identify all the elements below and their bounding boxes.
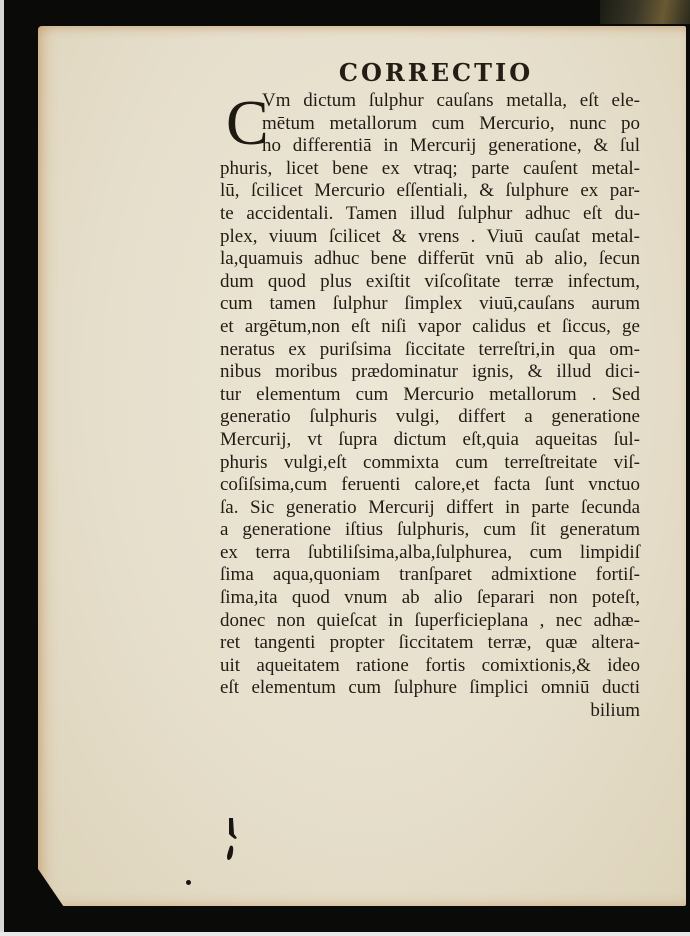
catchword: bilium (220, 700, 640, 723)
text-line: Mercurij, vt ſupra dictum eſt,quia aquei… (220, 429, 640, 452)
ink-blot-mark (226, 818, 238, 870)
text-line: no differentiā in Mercurij generatione, … (220, 135, 640, 158)
text-line: generatio ſulphuris vulgi, differt a gen… (220, 406, 640, 429)
text-line: neratus ex puriſsima ſiccitate terreſtri… (220, 339, 640, 362)
book-cover-edge-top (600, 0, 690, 24)
text-line: phuris vulgi,eſt commixta cum terreſtrei… (220, 452, 640, 475)
scan-border-left (0, 0, 4, 936)
text-line: a generatione iſtius ſulphuris, cum ſit … (220, 519, 640, 542)
text-line: coſiſsima,cum feruenti calore,et facta ſ… (220, 474, 640, 497)
text-line: nibus moribus prædominatur ignis, & illu… (220, 361, 640, 384)
text-line: plex, viuum ſcilicet & vrens . Viuū cauſ… (220, 226, 640, 249)
text-line: ex terra ſubtiliſsima,alba,ſulphurea, cu… (220, 542, 640, 565)
ink-dot (186, 880, 191, 885)
scan-border-bottom (0, 932, 690, 936)
text-line: donec non quieſcat in ſuperficieplana , … (220, 610, 640, 633)
text-line: mētum metallorum cum Mercurio, nunc po (220, 113, 640, 136)
text-line: et argētum,non eſt niſi vapor calidus et… (220, 316, 640, 339)
text-line: ſa. Sic generatio Mercurij differt in pa… (220, 497, 640, 520)
body-text: Vm dictum ſulphur cauſans metalla, eſt e… (220, 90, 640, 723)
running-head: CORRECTIO (326, 58, 546, 87)
text-line: ſima,ita quod vnum ab alio ſeparari non … (220, 587, 640, 610)
text-line: ret tangenti propter ſiccitatem terræ, q… (220, 632, 640, 655)
text-line: cum tamen ſulphur ſimplex viuū,cauſans a… (220, 293, 640, 316)
text-line: tur elementum cum Mercurio metallorum . … (220, 384, 640, 407)
text-line: ſima aqua,quoniam tranſparet admixtione … (220, 564, 640, 587)
text-line: lū, ſcilicet Mercurio eſſentiali, & ſulp… (220, 180, 640, 203)
text-line: uit aqueitatem ratione fortis comixtioni… (220, 655, 640, 678)
text-line: dum quod plus exiſtit viſcoſitate terræ … (220, 271, 640, 294)
text-line: Vm dictum ſulphur cauſans metalla, eſt e… (220, 90, 640, 113)
text-line: eſt elementum cum ſulphure ſimplici omni… (220, 677, 640, 700)
text-line: phuris, licet bene ex vtraq; parte cauſe… (220, 158, 640, 181)
text-line: la,quamuis adhuc bene differūt vnū ab al… (220, 248, 640, 271)
text-line: te accidentali. Tamen illud ſulphur adhu… (220, 203, 640, 226)
